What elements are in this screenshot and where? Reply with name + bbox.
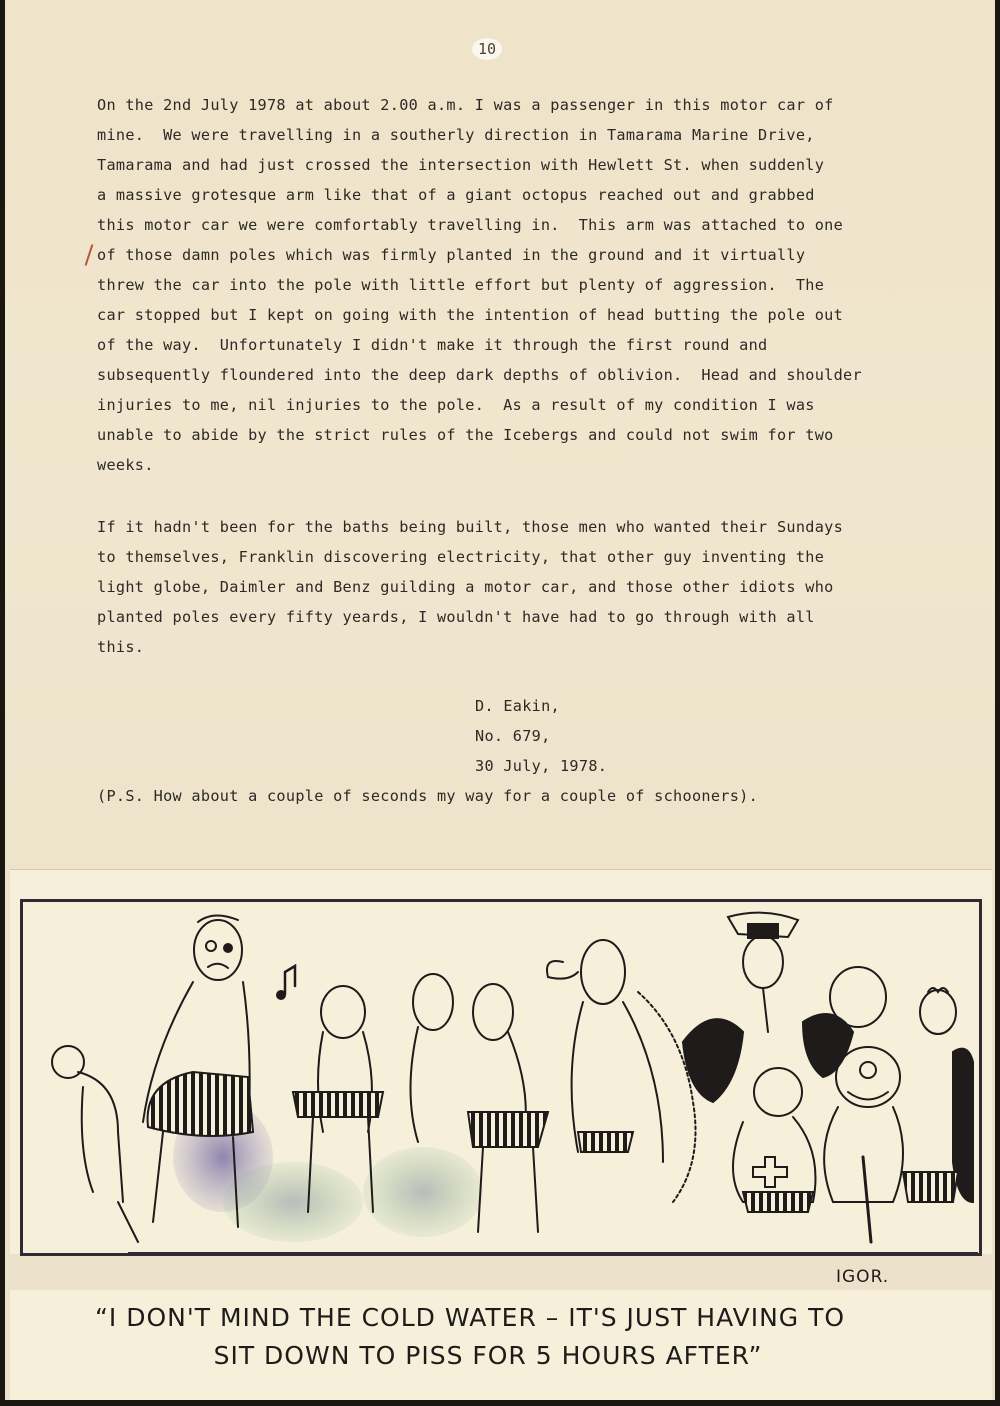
text-line: this motor car we were comfortably trave… <box>97 210 862 240</box>
text-line: this. <box>97 632 843 662</box>
text-line: of the way. Unfortunately I didn't make … <box>97 330 862 360</box>
text-line: threw the car into the pole with little … <box>97 270 862 300</box>
text-line: unable to abide by the strict rules of t… <box>97 420 862 450</box>
text-line: mine. We were travelling in a southerly … <box>97 120 862 150</box>
text-line: weeks. <box>97 450 862 480</box>
paragraph-1: On the 2nd July 1978 at about 2.00 a.m. … <box>97 90 862 480</box>
cartoon-caption-line-2: SIT DOWN TO PISS FOR 5 HOURS AFTER” <box>0 1341 988 1370</box>
paragraph-2: If it hadn't been for the baths being bu… <box>97 512 843 662</box>
text-line: If it hadn't been for the baths being bu… <box>97 512 843 542</box>
text-line: planted poles every fifty yeards, I woul… <box>97 602 843 632</box>
postscript: (P.S. How about a couple of seconds my w… <box>97 781 758 811</box>
signature-number: No. 679, <box>475 721 607 751</box>
text-line: light globe, Daimler and Benz guilding a… <box>97 572 843 602</box>
text-line: subsequently floundered into the deep da… <box>97 360 862 390</box>
signature-block: D. Eakin,No. 679,30 July, 1978. <box>475 691 607 781</box>
text-line: of those damn poles which was firmly pla… <box>97 240 862 270</box>
cartoon-ground-line <box>128 1252 978 1255</box>
cartoon-frame <box>20 899 982 1256</box>
text-line: injuries to me, nil injuries to the pole… <box>97 390 862 420</box>
text-line: a massive grotesque arm like that of a g… <box>97 180 862 210</box>
signature-date: 30 July, 1978. <box>475 751 607 781</box>
text-line: car stopped but I kept on going with the… <box>97 300 862 330</box>
text-line: to themselves, Franklin discovering elec… <box>97 542 843 572</box>
signature-name: D. Eakin, <box>475 691 607 721</box>
page-number: 10 <box>472 38 502 60</box>
text-line: On the 2nd July 1978 at about 2.00 a.m. … <box>97 90 862 120</box>
artist-signature: IGOR. <box>836 1267 889 1287</box>
cartoon-caption-line-1: “I DON'T MIND THE COLD WATER – IT'S JUST… <box>0 1303 970 1332</box>
text-line: Tamarama and had just crossed the inters… <box>97 150 862 180</box>
